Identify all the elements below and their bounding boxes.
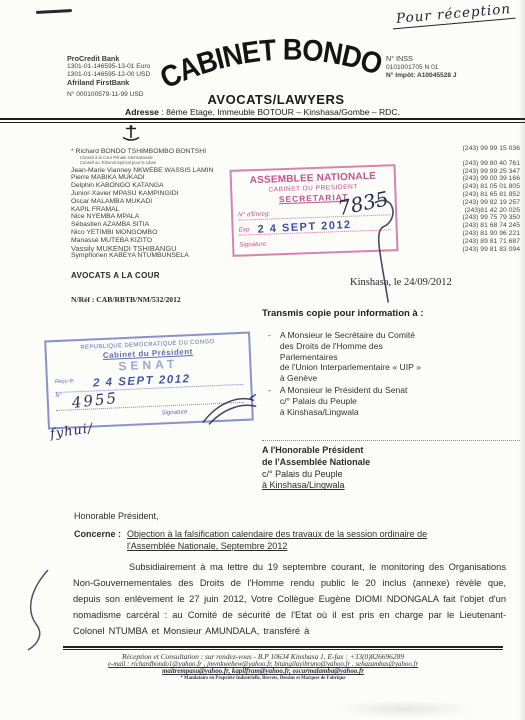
reference-number: N/Réf : CAB/RBTB/NM/532/2012: [71, 295, 181, 304]
addressee-line-1: A l'Honorable Président: [262, 445, 520, 457]
lawyer-name: Sébastien AZAMBA SITIA: [71, 221, 213, 229]
footer-divider: [63, 646, 503, 650]
inss-label: N° INSS: [386, 55, 457, 64]
addressee-block: A l'Honorable Président de l'Assemblée N…: [262, 440, 520, 492]
senat-recu-label: Reçu le: [55, 378, 74, 385]
address-line: Adresse : 8ème Etage, Immeuble BOTOUR – …: [0, 107, 525, 117]
avocats-a-la-cour: AVOCATS A LA COUR: [71, 271, 160, 280]
tax-ids-block: N° INSS 0101001705 N 01 N° Impôt: A10045…: [386, 55, 457, 81]
senat-signature-label: Signature: [162, 409, 188, 416]
bank-details-block: ProCredit Bank 1301-01-146595-13-01 Euro…: [67, 55, 150, 99]
an-stamp-signature-label: Signature: [239, 236, 391, 249]
scanned-letter-page: Pour réception ProCredit Bank 1301-01-14…: [0, 0, 525, 720]
footer-block: Réception et Consultation : sur rendez-v…: [38, 652, 488, 681]
inss-value: 0101001705 N 01: [386, 64, 457, 73]
lawyer-name: Nico YETIMBI MONGOMBO: [71, 229, 213, 237]
lawyer-name: Pierre MABIKA MUKADI: [71, 174, 213, 182]
bank-name-2: Afriland FirstBank: [67, 79, 150, 87]
letter-body-paragraph: Subsidiairement à ma lettre du 19 septem…: [73, 559, 506, 639]
scan-smudge: [330, 700, 480, 718]
dash-bullet: -: [268, 385, 271, 417]
subject-text: Objection à la falsification calendaire …: [127, 529, 427, 553]
place-and-date: Kinshasa, le 24/09/2012: [350, 277, 452, 288]
addressee-line-3: c/° Palais du Peuple: [262, 469, 520, 481]
anchor-icon: [120, 124, 142, 142]
pen-dash-mark: [36, 9, 72, 14]
senat-signature-paraph-icon: [200, 390, 262, 429]
senat-num-label: N°: [55, 393, 61, 399]
subject-label: Concerne :: [74, 529, 121, 553]
salutation: Honorable Président,: [74, 511, 159, 521]
address-value: : 8ème Etage, Immeuble BOTOUR – Kinshasa…: [161, 107, 400, 117]
recipient-text: A Monsieur le Secrétaire du Comité des D…: [280, 330, 421, 384]
handwritten-pour-reception: Pour réception: [391, 1, 515, 30]
lawyer-name: Vassily MUKENDI TSHIBANGU: [71, 245, 213, 253]
stamp-assemblee-nationale: ASSEMBLEE NATIONALE CABINET DU PRESIDENT…: [230, 164, 399, 257]
bank-name-1: ProCredit Bank: [67, 55, 150, 63]
dash-bullet: -: [268, 330, 271, 384]
recipient-text: A Monsieur le Président du Senat c/° Pal…: [280, 385, 408, 417]
an-date-stamp: 2 4 SEPT 2012: [257, 219, 352, 236]
transmis-title: Transmis copie pour information à :: [262, 308, 424, 319]
header-divider: [0, 118, 525, 123]
stamp-senat: REPUBLIQUE DEMOCRATIQUE DU CONGO Cabinet…: [44, 332, 254, 430]
lawyer-name: Symphorien KABEYA NTUMBUNSELA: [71, 252, 213, 260]
logo-title-text: CABINET BONDO: [158, 34, 386, 96]
margin-pen-loop-icon: [22, 566, 58, 654]
signature-paraph-icon: [368, 194, 406, 307]
addressee-line-4: à Kinshasa/Lingwala: [262, 480, 520, 492]
addressee-line-2: de l'Assemblée Nationale: [262, 457, 520, 469]
lawyers-list-block: * Richard BONDO TSHIMBOMBO BONTSHI Conse…: [71, 148, 213, 260]
lawyer-name: Nice NYEMBA MPALA: [71, 213, 213, 221]
lawyer-name: Delphin KABONGO KATANGA: [71, 182, 213, 190]
lawyer-name: Jean-Marie Vianney NKWEBE WASSIS LAMIN: [71, 167, 213, 175]
lawyer-name: Junior-Xavier MPASU KAMPINGIDI: [71, 190, 213, 198]
impot-value: N° Impôt: A10045528 J: [386, 72, 457, 81]
cabinet-bondo-logo: CABINET BONDO: [158, 31, 392, 97]
subject-line: Concerne : Objection à la falsification …: [74, 529, 512, 553]
lawyer-principal-title-2: Conseil au Tribunal Spécial pour le Liba…: [71, 161, 213, 166]
transmis-recipient: - A Monsieur le Président du Senat c/° P…: [268, 385, 520, 417]
lawyer-names-list: Jean-Marie Vianney NKWEBE WASSIS LAMINPi…: [71, 167, 213, 261]
bank-account-3: N° 000100579-11-99 USD: [67, 91, 150, 99]
lawyer-name: Oscar MALAMBA MUKADI: [71, 198, 213, 206]
logo-subtitle: AVOCATS/LAWYERS: [170, 92, 382, 107]
phone-principal: (243) 99 99 15 036: [370, 145, 520, 153]
address-label: Adresse: [125, 107, 159, 117]
bank-account-1: 1301-01-146595-13-01 Euro: [67, 63, 150, 71]
transmis-recipient: - A Monsieur le Secrétaire du Comité des…: [268, 330, 520, 384]
lawyer-name: KAPIL FRAMAL: [71, 206, 213, 214]
footer-footnote: * Mandataire en Propriété Industrielle, …: [38, 676, 488, 681]
transmis-recipients-list: - A Monsieur le Secrétaire du Comité des…: [268, 330, 520, 418]
footer-email-line-2: maitrempasu@yahoo.fr, kapilfram@yahoo.fr…: [38, 668, 488, 675]
scan-edge-shadow: [519, 0, 525, 720]
footer-contact-line: Réception et Consultation : sur rendez-v…: [38, 652, 488, 661]
footer-email-line-1: e-mail : richardbondo1@yahoo.fr , jmvnkw…: [38, 661, 488, 668]
svg-text:CABINET BONDO: CABINET BONDO: [158, 34, 386, 96]
